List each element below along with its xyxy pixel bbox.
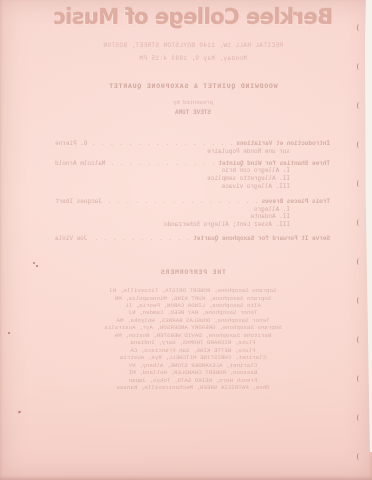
performer-line: Soprano Saxophone, GREGORY ANDERSON, Ayr… [14,324,372,331]
program-piece: Three Shanties for Wind Quintet Malcolm … [55,160,330,167]
performer-line: Flute, RICHARD THOMAS, Gary, Indiana [14,339,372,346]
dot-leader [108,160,215,167]
paper-speck [36,265,38,267]
paper-speck [8,332,10,334]
page-title: Berklee College of Music [14,5,372,30]
concert-heading: WOODWIND QUINTET & SAXOPHONE QUARTET [14,83,372,90]
mirrored-ghost-content: Berklee College of Music RECITAL HALL 1W… [0,0,372,480]
movement: I. Allegro con brio [55,167,290,174]
presented-by-label: presented by [14,99,372,106]
program-page-content: Berklee College of Music RECITAL HALL 1W… [0,0,372,480]
piece-title: Introduction et Variations [236,140,330,147]
program-piece: Serve It Forward for Saxophone Quartet J… [55,235,330,242]
piece-title: Serve It Forward for Saxophone Quartet [193,235,330,242]
piece-title: Three Shanties for Wind Quintet [218,160,330,167]
performers-heading: THE PERFORMERS [14,269,372,276]
dot-leader [90,140,233,147]
performer-line: Baritone Saxophone, DAVID WEBSTER, Bosto… [14,332,372,339]
program-piece: Introduction et Variations G. Pierne [55,140,330,147]
performer-line: Clarinet, ALEXANDER STONE, Albany, NY [14,362,372,369]
piece-subtitle: sur une Ronde Populaire [55,148,290,155]
performer-line: Soprano Saxophone, KURT KING, Minneapoli… [14,295,372,302]
piece-composer: Joe Viola [55,235,87,242]
scanned-program-page: Berklee College of Music RECITAL HALL 1W… [0,0,372,480]
piece-composer: Jacques Ibert [55,198,102,205]
piece-composer: G. Pierne [55,140,87,147]
paper-speck [33,262,35,264]
performer-line: Alto Saxophone, LINDA CARON, Peoria, IL [14,302,372,309]
performer-line: Tenor Saxophone, DOUGLAS BARNES, Holyoke… [14,317,372,324]
presenter-name: STEVE TUMA [14,109,372,116]
performer-line: Flute, BETTE KING, San Francisco, CA [14,347,372,354]
performer-line: Clarinet, CHRISTINE MITCHELL, Rye, Austr… [14,354,372,361]
dot-leader [105,198,259,205]
movement: II. Andante [55,213,290,220]
performer-line: Soprano Saxophone, ROBERT DRISTA, Titusv… [14,287,372,294]
performer-line: Oboe, PATRICIA GREEN, Mechanicsville, Ka… [14,384,372,391]
dot-leader [90,235,190,242]
piece-title: Trois Pieces Breves [262,198,330,205]
datetime-line: Monday, May 9, 1983 4:15 PM [14,55,372,62]
movement: III. Assez Lent; Allegro Scherzando [55,221,290,228]
movement: II. Allegretto semplice [55,175,290,182]
program-piece: Trois Pieces Breves Jacques Ibert [55,198,330,205]
movement: III. Allegro vivace [55,183,290,190]
performer-line: Bassoon, ROBERT CHANDLER, Holland, MI [14,369,372,376]
performers-list: Soprano Saxophone, ROBERT DRISTA, Titusv… [14,287,372,391]
venue-line: RECITAL HALL 1W, 1140 BOYLSTON STREET, B… [14,42,372,49]
performer-line: French Horn, KEIKO SATO, Tokyo, Japan [14,377,372,384]
piece-composer: Malcolm Arnold [55,160,105,167]
movement: I. Allegro [55,206,290,213]
performer-line: Tenor Saxophone, RAY REED, Camden, NJ [14,309,372,316]
program-list: Introduction et Variations G. Pierne sur… [55,140,330,242]
